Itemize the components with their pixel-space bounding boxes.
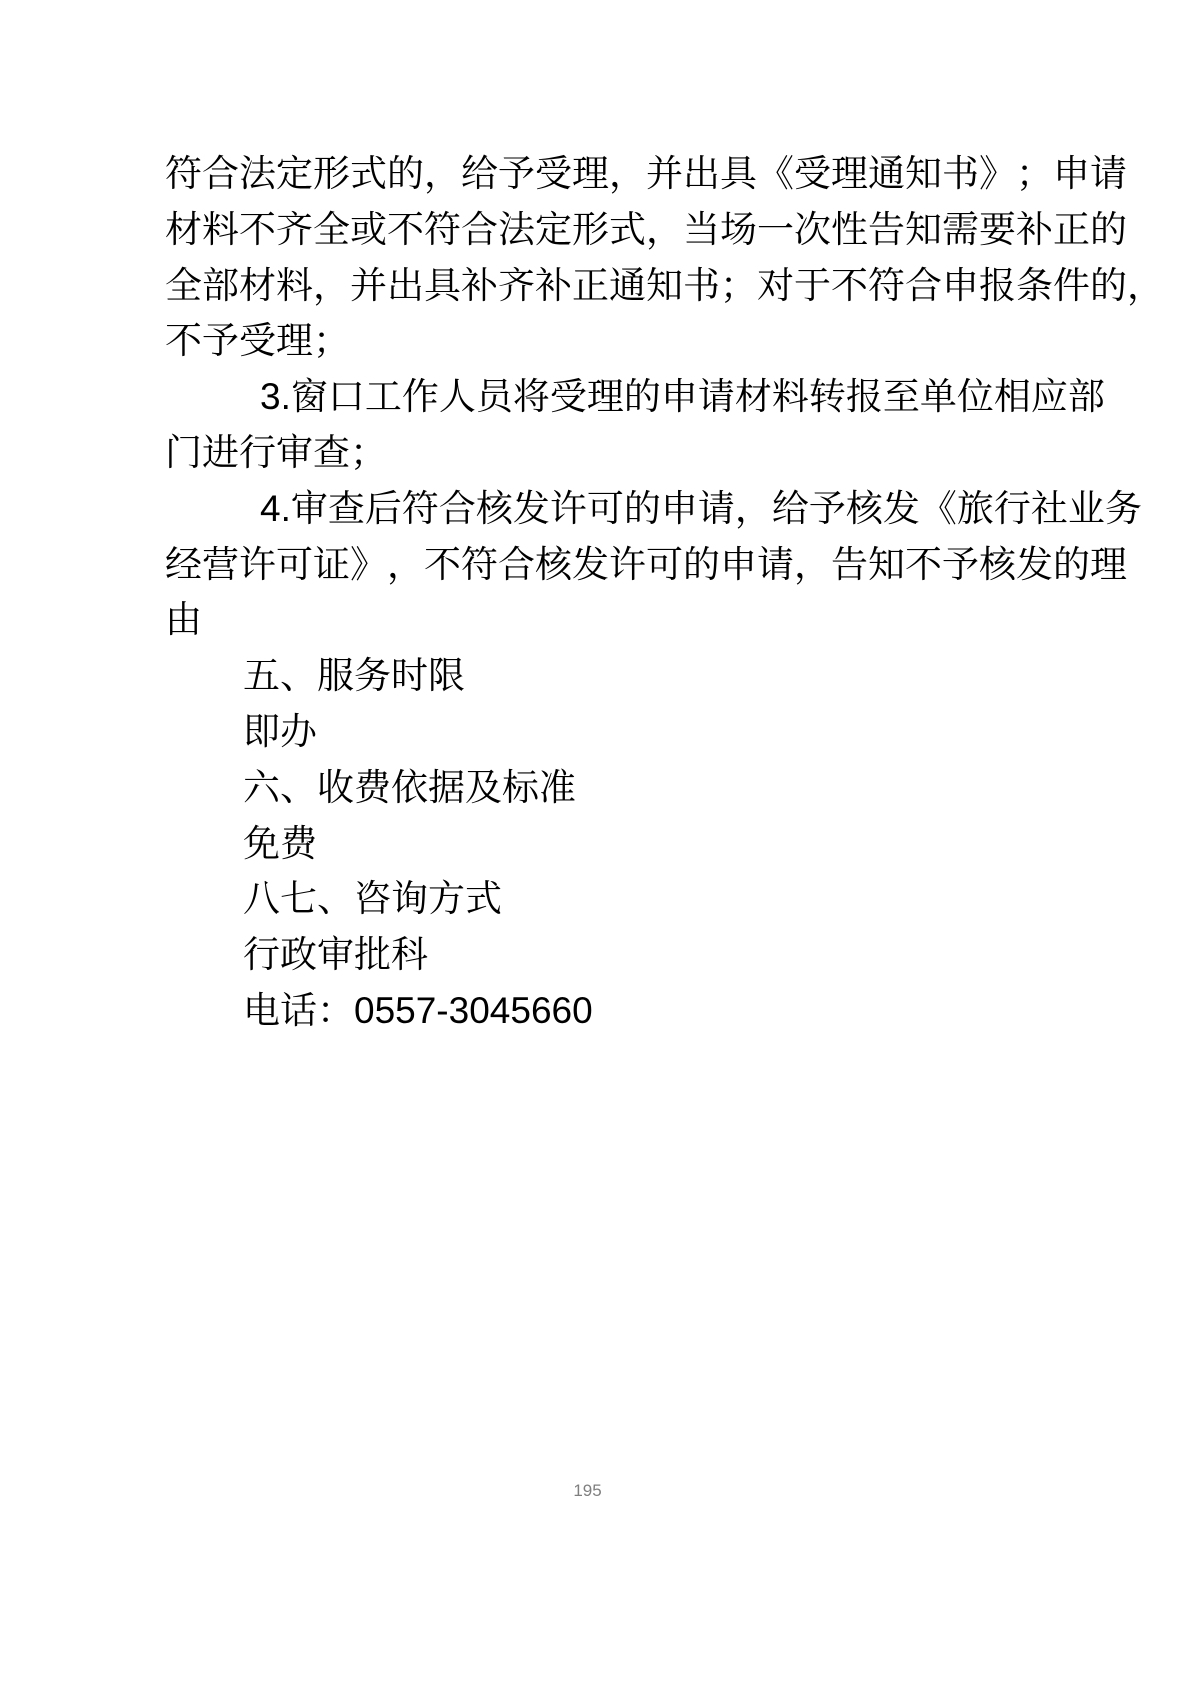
text-line: 免费 (243, 816, 1010, 872)
text-line: 由 (165, 592, 1010, 648)
text-line: 五、服务时限 (243, 648, 1010, 704)
text-line: 符合法定形式的，给予受理，并出具《受理通知书》；申请 (165, 146, 1010, 202)
text-line: 不予受理； (165, 313, 1010, 369)
text-line: 全部材料，并出具补齐补正通知书；对于不符合申报条件的， (165, 258, 1010, 314)
text-line: 八七、咨询方式 (243, 871, 1010, 927)
text-line: 六、收费依据及标准 (243, 760, 1010, 816)
text-line: 电话：0557-3045660 (243, 983, 1010, 1039)
text-block: 符合法定形式的，给予受理，并出具《受理通知书》；申请材料不齐全或不符合法定形式，… (165, 146, 1010, 1039)
page-number: 195 (573, 1481, 601, 1500)
text-line: 门进行审查； (165, 425, 1010, 481)
text-line: 材料不齐全或不符合法定形式，当场一次性告知需要补正的 (165, 202, 1010, 258)
text-line: 3.窗口工作人员将受理的申请材料转报至单位相应部 (260, 369, 1010, 425)
text-line: 4.审查后符合核发许可的申请，给予核发《旅行社业务 (260, 481, 1010, 537)
text-line: 行政审批科 (243, 927, 1010, 983)
text-line: 即办 (243, 704, 1010, 760)
page-footer: 195 (165, 1480, 1010, 1502)
text-line: 经营许可证》，不符合核发许可的申请，告知不予核发的理 (165, 537, 1010, 593)
document-page: 符合法定形式的，给予受理，并出具《受理通知书》；申请材料不齐全或不符合法定形式，… (0, 0, 1190, 1683)
